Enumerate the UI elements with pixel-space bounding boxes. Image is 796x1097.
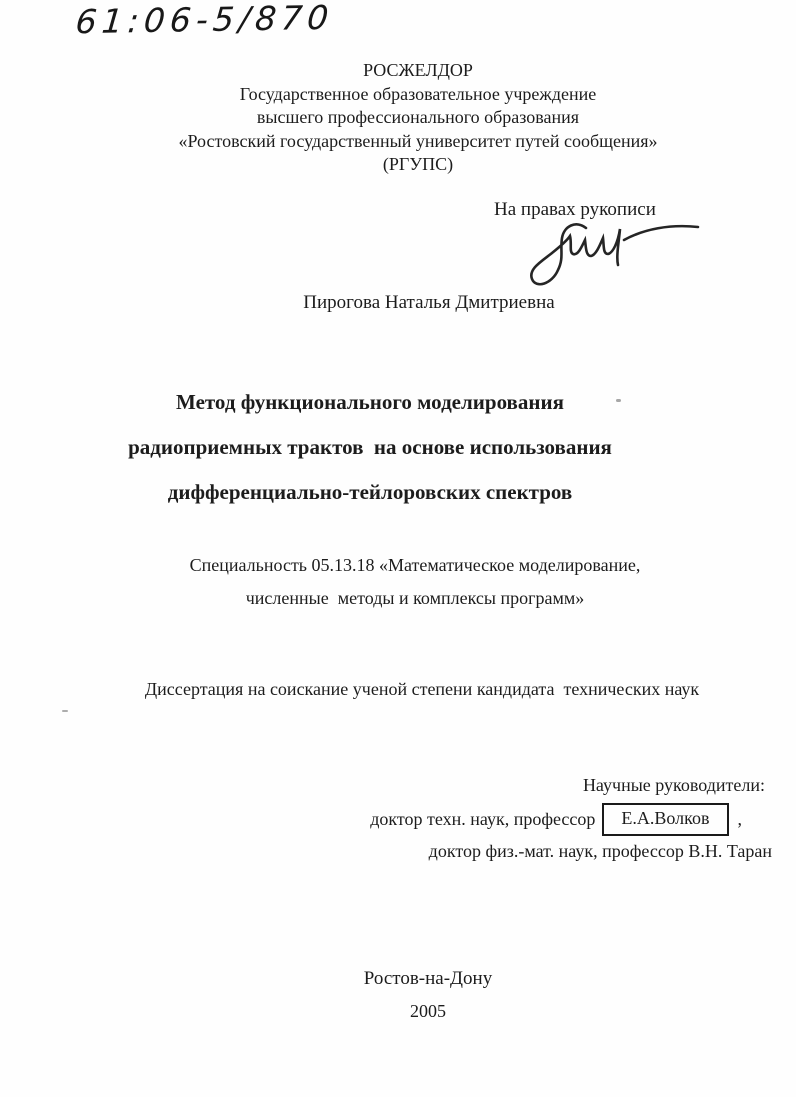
handwritten-catalog-number: 61:06-5/870 [74,0,335,41]
dissertation-degree-line: Диссертация на соискание ученой степени … [24,679,796,700]
specialty-block: Специальность 05.13.18 «Математическое м… [17,549,796,615]
institution-header: РОСЖЕЛДОР Государственное образовательно… [40,59,796,177]
supervisor-first-suffix: , [738,809,743,830]
dissertation-title-page: 61:06-5/870 РОСЖЕЛДОР Государственное об… [0,0,796,1097]
scan-speck [616,399,621,402]
handwritten-signature-icon [512,218,707,293]
title-line-2: радиоприемных трактов на основе использо… [0,425,768,470]
org-line-1: Государственное образовательное учрежден… [40,83,796,107]
agency-name: РОСЖЕЛДОР [40,59,796,83]
dissertation-title: Метод функционального моделирования ради… [0,380,768,515]
org-abbreviation: (РГУПС) [40,153,796,177]
supervisor-first-name-boxed: Е.А.Волков [602,803,728,836]
org-line-2: высшего профессионального образования [40,106,796,130]
supervisors-heading: Научные руководители: [583,775,765,796]
scan-speck [62,710,68,712]
author-name: Пирогова Наталья Дмитриевна [31,292,796,314]
city-year-block: Ростов-на-Дону 2005 [30,963,796,1027]
specialty-line-1: Специальность 05.13.18 «Математическое м… [17,549,796,582]
specialty-line-2: численные методы и комплексы программ» [17,582,796,615]
supervisor-second-line: доктор физ.-мат. наук, профессор В.Н. Та… [429,841,772,862]
title-line-3: дифференциально-тейлоровских спектров [0,470,768,515]
year: 2005 [30,995,796,1027]
city-name: Ростов-на-Дону [30,963,796,995]
supervisor-first-prefix: доктор техн. наук, профессор [370,809,595,830]
title-line-1: Метод функционального моделирования [0,380,768,425]
supervisor-first-line: доктор техн. наук, профессор Е.А.Волков … [370,800,742,838]
org-line-3: «Ростовский государственный университет … [40,130,796,154]
